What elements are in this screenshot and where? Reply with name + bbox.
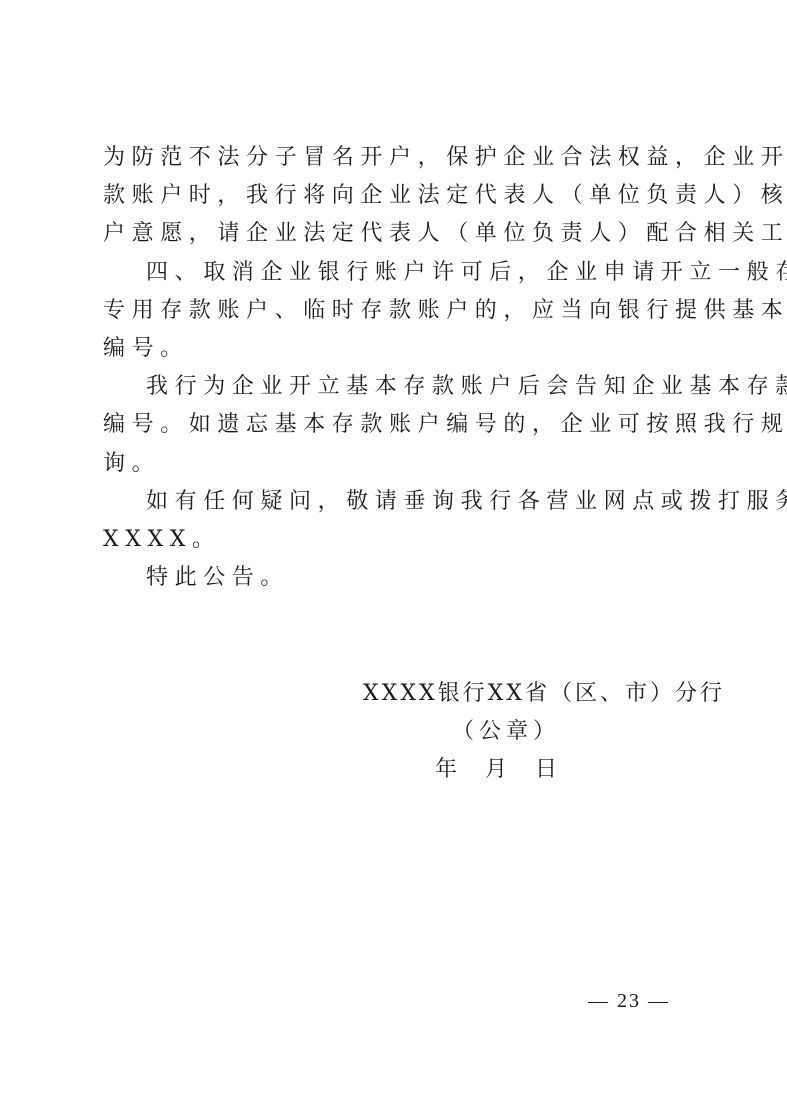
page-number: — 23 — [588,990,670,1013]
paragraph-5-line-1: 特此公告。 [103,559,703,597]
paragraph-1-line-2: 款账户时，我行将向企业法定代表人（单位负责人）核实企业开 [103,177,703,215]
signature-organization: XXXX银行XX省（区、市）分行 [363,675,725,713]
document-page: 为防范不法分子冒名开户，保护企业合法权益，企业开立基本存 款账户时，我行将向企业… [0,0,787,1114]
paragraph-3-line-3: 询。 [103,445,703,483]
signature-seal: （公章） [452,713,560,751]
signature-date: 年 月 日 [435,751,560,789]
paragraph-2-line-3: 编号。 [103,330,703,368]
paragraph-2-line-1: 四、取消企业银行账户许可后，企业申请开立一般存款账户、 [103,254,703,292]
paragraph-4-line-2: XXXX。 [103,521,703,559]
paragraph-1-line-1: 为防范不法分子冒名开户，保护企业合法权益，企业开立基本存 [103,139,703,177]
paragraph-2-line-2: 专用存款账户、临时存款账户的，应当向银行提供基本存款账户 [103,292,703,330]
body-text: 为防范不法分子冒名开户，保护企业合法权益，企业开立基本存 款账户时，我行将向企业… [103,139,703,597]
paragraph-3-line-2: 编号。如遗忘基本存款账户编号的，企业可按照我行规定申请查 [103,406,703,444]
paragraph-3-line-1: 我行为企业开立基本存款账户后会告知企业基本存款账户 [103,368,703,406]
paragraph-1-line-3: 户意愿，请企业法定代表人（单位负责人）配合相关工作。 [103,215,703,253]
paragraph-4-line-1: 如有任何疑问，敬请垂询我行各营业网点或拨打服务电话： [103,483,703,521]
